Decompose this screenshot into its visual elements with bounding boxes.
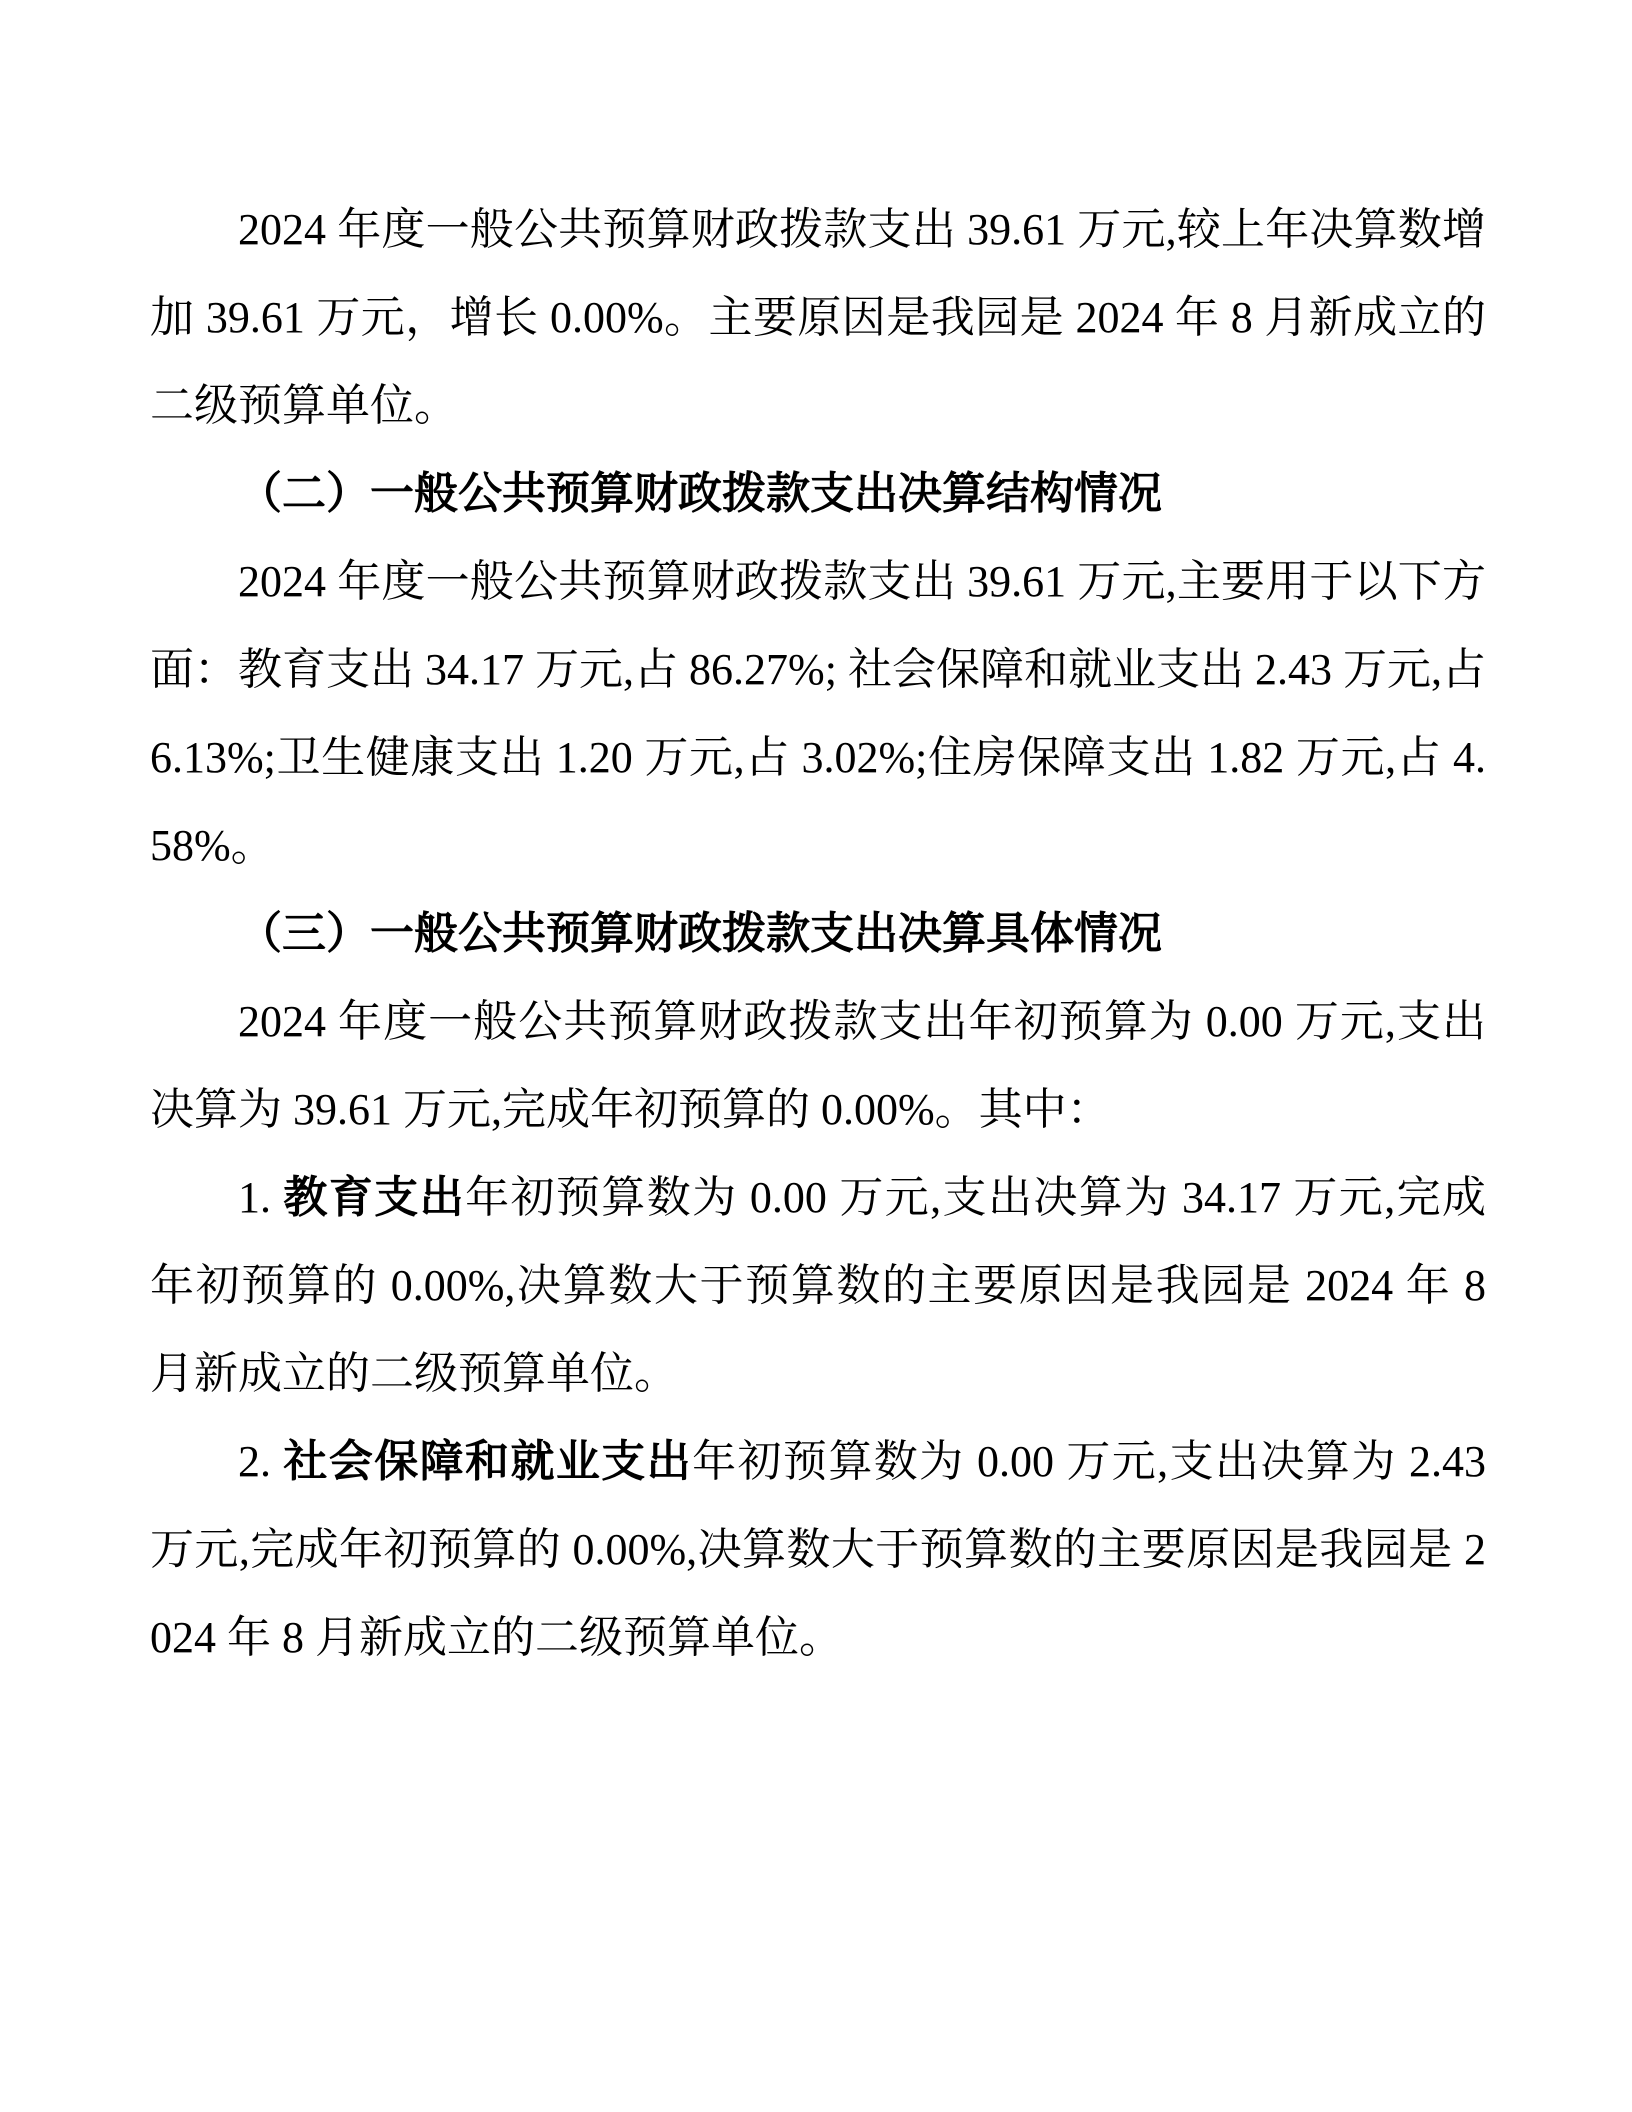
list-item-education-expenditure: 1. 教育支出年初预算数为 0.00 万元,支出决算为 34.17 万元,完成年… — [150, 1154, 1486, 1418]
item-term: 教育支出 — [283, 1173, 465, 1222]
document-body: 2024 年度一般公共预算财政拨款支出 39.61 万元,较上年决算数增加 39… — [150, 186, 1486, 1682]
document-page: 2024 年度一般公共预算财政拨款支出 39.61 万元,较上年决算数增加 39… — [0, 0, 1632, 2112]
item-term: 社会保障和就业支出 — [283, 1437, 692, 1486]
paragraph-budget-expenditure-change: 2024 年度一般公共预算财政拨款支出 39.61 万元,较上年决算数增加 39… — [150, 186, 1486, 450]
item-number: 2. — [238, 1437, 283, 1486]
section-heading-3-expenditure-specifics: （三）一般公共预算财政拨款支出决算具体情况 — [150, 890, 1486, 978]
item-number: 1. — [238, 1173, 283, 1222]
paragraph-expenditure-structure-detail: 2024 年度一般公共预算财政拨款支出 39.61 万元,主要用于以下方面：教育… — [150, 538, 1486, 890]
list-item-social-security-expenditure: 2. 社会保障和就业支出年初预算数为 0.00 万元,支出决算为 2.43 万元… — [150, 1418, 1486, 1682]
paragraph-budget-vs-final: 2024 年度一般公共预算财政拨款支出年初预算为 0.00 万元,支出决算为 3… — [150, 978, 1486, 1154]
section-heading-2-expenditure-structure: （二）一般公共预算财政拨款支出决算结构情况 — [150, 450, 1486, 538]
